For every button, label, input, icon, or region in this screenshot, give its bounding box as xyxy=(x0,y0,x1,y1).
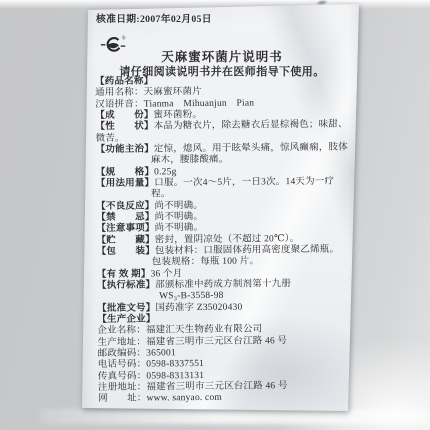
section-text: 0.25g xyxy=(154,167,176,177)
section-label: 【注意事项】 xyxy=(96,224,154,235)
section-label: 【有 效 期】 xyxy=(97,269,151,280)
section-text: 生产地址：福建省三明市三元区台江路 46 号 xyxy=(98,336,288,348)
section-text: 包装材料：口服固体药用高密度聚乙烯瓶。 xyxy=(155,245,339,257)
section-text: 邮政编码：365001 xyxy=(98,348,176,359)
section-text: 定惊，熄风。用于眩晕头痛，惊风癫痫，肢体 xyxy=(154,143,348,155)
section-text: 部颁标准中药成方制剂第十九册 xyxy=(155,279,291,290)
section-text: WS₃-B-3558-98 xyxy=(159,291,224,302)
section-label: 【禁 忌】 xyxy=(96,212,154,223)
section-text: 微苦。 xyxy=(96,133,125,143)
section-label: 【包 装】 xyxy=(97,246,155,257)
section-text: 尚不明确。 xyxy=(154,201,203,211)
surface-light-band xyxy=(40,409,430,424)
registered-mark: ® xyxy=(122,35,126,42)
section-text: 尚不明确。 xyxy=(155,223,204,233)
section-text: 企业名称：福建汇天生物药业有限公司 xyxy=(97,325,262,337)
section-label: 【不良反应】 xyxy=(96,201,154,212)
section-text: 尚不明确。 xyxy=(155,212,204,222)
section-text: 蜜环菌粉。 xyxy=(154,110,203,120)
section-label: 【药品名称】 xyxy=(95,76,153,87)
section-label: 【成 份】 xyxy=(95,110,153,121)
section-text: 密封，置阴凉处（不超过 20℃）。 xyxy=(155,234,300,245)
section-text: 汉语拼音：Tianma Mihuanjun Pian xyxy=(95,98,254,110)
approval-date: 核准日期:2007年02月05日 xyxy=(96,11,212,25)
section-label: 【规 格】 xyxy=(96,167,154,178)
section-text: 麻木，腰膝酸痛。 xyxy=(151,155,229,166)
section-label: 【性 状】 xyxy=(95,122,153,133)
section-text: 传真号码：0598-8313131 xyxy=(98,370,204,381)
section-text: 36 个月 xyxy=(151,269,183,279)
section-label: 【贮 藏】 xyxy=(97,235,155,246)
section-text: 注册地址：福建省三明市三元区台江路 46 号 xyxy=(98,381,288,393)
section-text: 电话号码：0598-8337551 xyxy=(98,359,204,370)
instruction-leaflet-paper: 核准日期:2007年02月05日 ® 天麻蜜环菌片说明书 请仔细阅读说明书并在医… xyxy=(82,2,362,414)
section-label: 【批准文号】 xyxy=(97,303,155,314)
section-text: 国药准字 Z35020430 xyxy=(155,302,242,313)
section-text: 包装规格：每瓶 100 片。 xyxy=(152,257,259,268)
section-label: 【执行标准】 xyxy=(97,280,155,291)
section-text: 程。 xyxy=(151,190,171,200)
section-label: 【用法用量】 xyxy=(96,178,154,189)
section-label: 【生产企业】 xyxy=(97,314,155,325)
section-label: 【功能主治】 xyxy=(96,144,154,155)
document-body: 【药品名称】通用名称：天麻蜜环菌片汉语拼音：Tianma Mihuanjun P… xyxy=(95,75,355,406)
section-text: 口服。一次4～5片，一日3次。14天为一疗 xyxy=(154,177,334,189)
section-text: 网 址：www. sanyao. com xyxy=(98,393,222,404)
doc-line: 网 址：www. sanyao. com xyxy=(98,392,355,406)
section-text: 本品为糖衣片，除去糖衣后显棕褐色；味甜、 xyxy=(154,120,348,132)
section-text: 通用名称：天麻蜜环菌片 xyxy=(95,87,202,98)
